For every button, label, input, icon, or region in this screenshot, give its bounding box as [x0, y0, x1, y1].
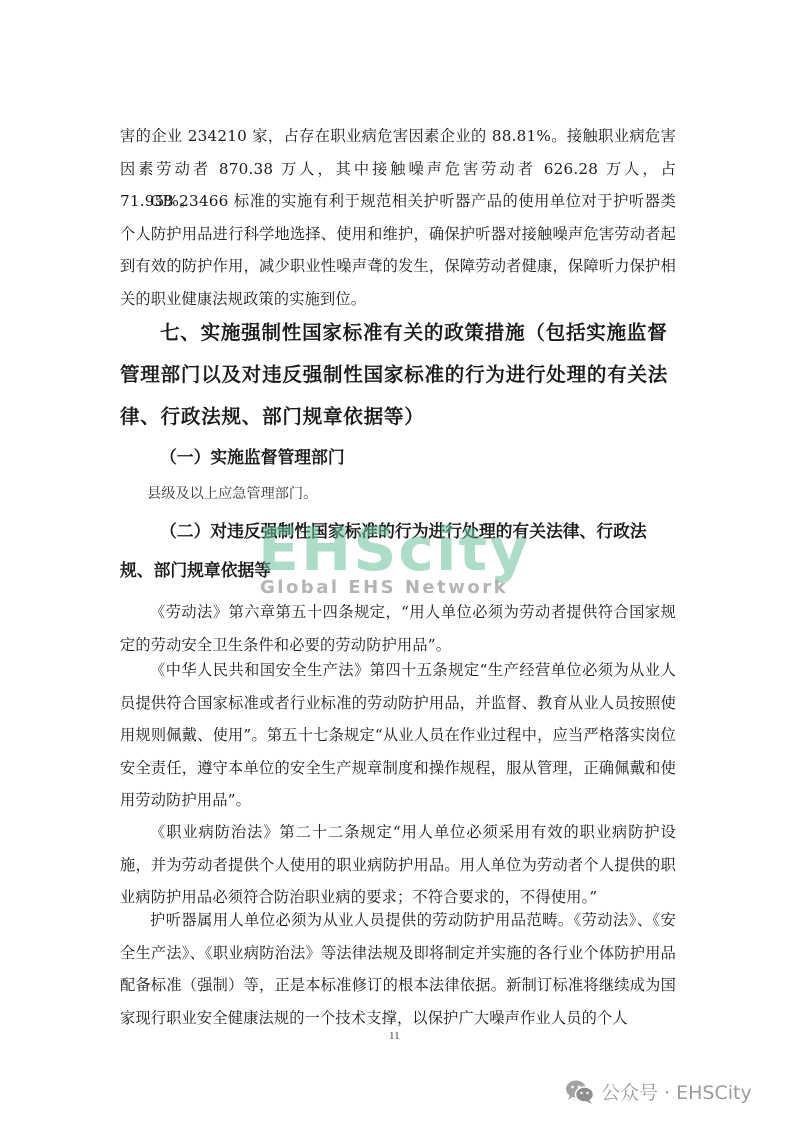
paragraph-legal-basis: 护听器属用人单位必须为从业人员提供的劳动防护用品范畴。《劳动法》、《安全生产法》… — [120, 904, 676, 1034]
paragraph-work-safety-law: 《中华人民共和国安全生产法》第四十五条规定“生产经营单位必须为从业人员提供符合国… — [120, 654, 676, 817]
subsection-heading-2: （二）对违反强制性国家标准的行为进行处理的有关法律、行政法规、部门规章依据等 — [120, 512, 680, 590]
document-page: 害的企业 234210 家，占存在职业病危害因素企业的 88.81%。接触职业病… — [0, 0, 794, 1123]
wechat-icon — [565, 1079, 595, 1105]
wechat-account-badge: 公众号 · EHSCity — [565, 1078, 752, 1105]
wechat-account-label: 公众号 · EHSCity — [601, 1078, 752, 1105]
paragraph-labor-law: 《劳动法》第六章第五十四条规定，“用人单位必须为劳动者提供符合国家规定的劳动安全… — [120, 596, 676, 661]
section-heading-7: 七、实施强制性国家标准有关的政策措施（包括实施监督管理部门以及对违反强制性国家标… — [120, 312, 680, 438]
subsection-heading-1: （一）实施监督管理部门 — [120, 437, 680, 477]
paragraph-gb23466: GB 23466 标准的实施有利于规范相关护听器产品的使用单位对于护听器类个人防… — [120, 185, 676, 315]
subsection-1-body: 县级及以上应急管理部门。 — [147, 482, 317, 506]
paragraph-occupational-disease-law: 《职业病防治法》第二十二条规定“用人单位必须采用有效的职业病防护设施，并为劳动者… — [120, 816, 676, 914]
page-number: 11 — [389, 1030, 400, 1042]
